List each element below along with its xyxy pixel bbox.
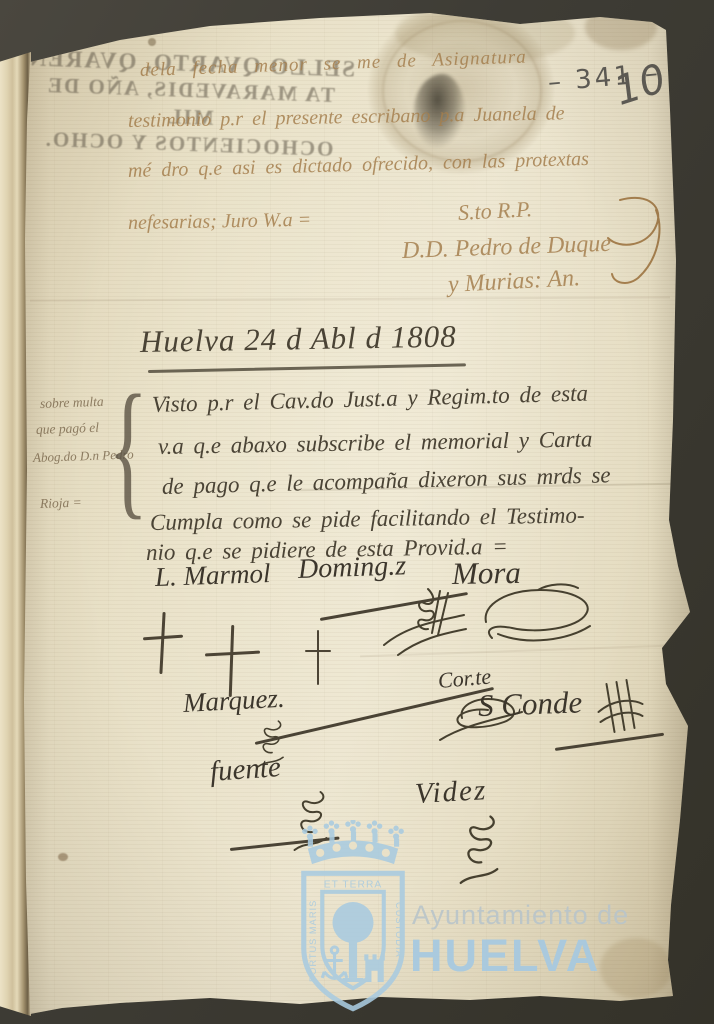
tree-icon xyxy=(332,902,373,943)
tower-icon xyxy=(364,954,385,982)
watermark-org-name: HUELVA xyxy=(410,930,600,982)
manuscript-photo: SELLO QVARTO, QVAREN TA MARAVEDIS, AÑO D… xyxy=(0,0,714,1024)
watermark-org-prefix: Ayuntamiento de xyxy=(412,900,629,931)
crest-motto-left: PORTUS MARIS xyxy=(308,900,318,982)
crest-motto-right: CUSTODIA xyxy=(394,902,404,958)
huelva-crest-watermark: ET TERRA PORTUS MARIS CUSTODIA xyxy=(291,820,415,1020)
crest-motto-top: ET TERRA xyxy=(324,880,383,891)
